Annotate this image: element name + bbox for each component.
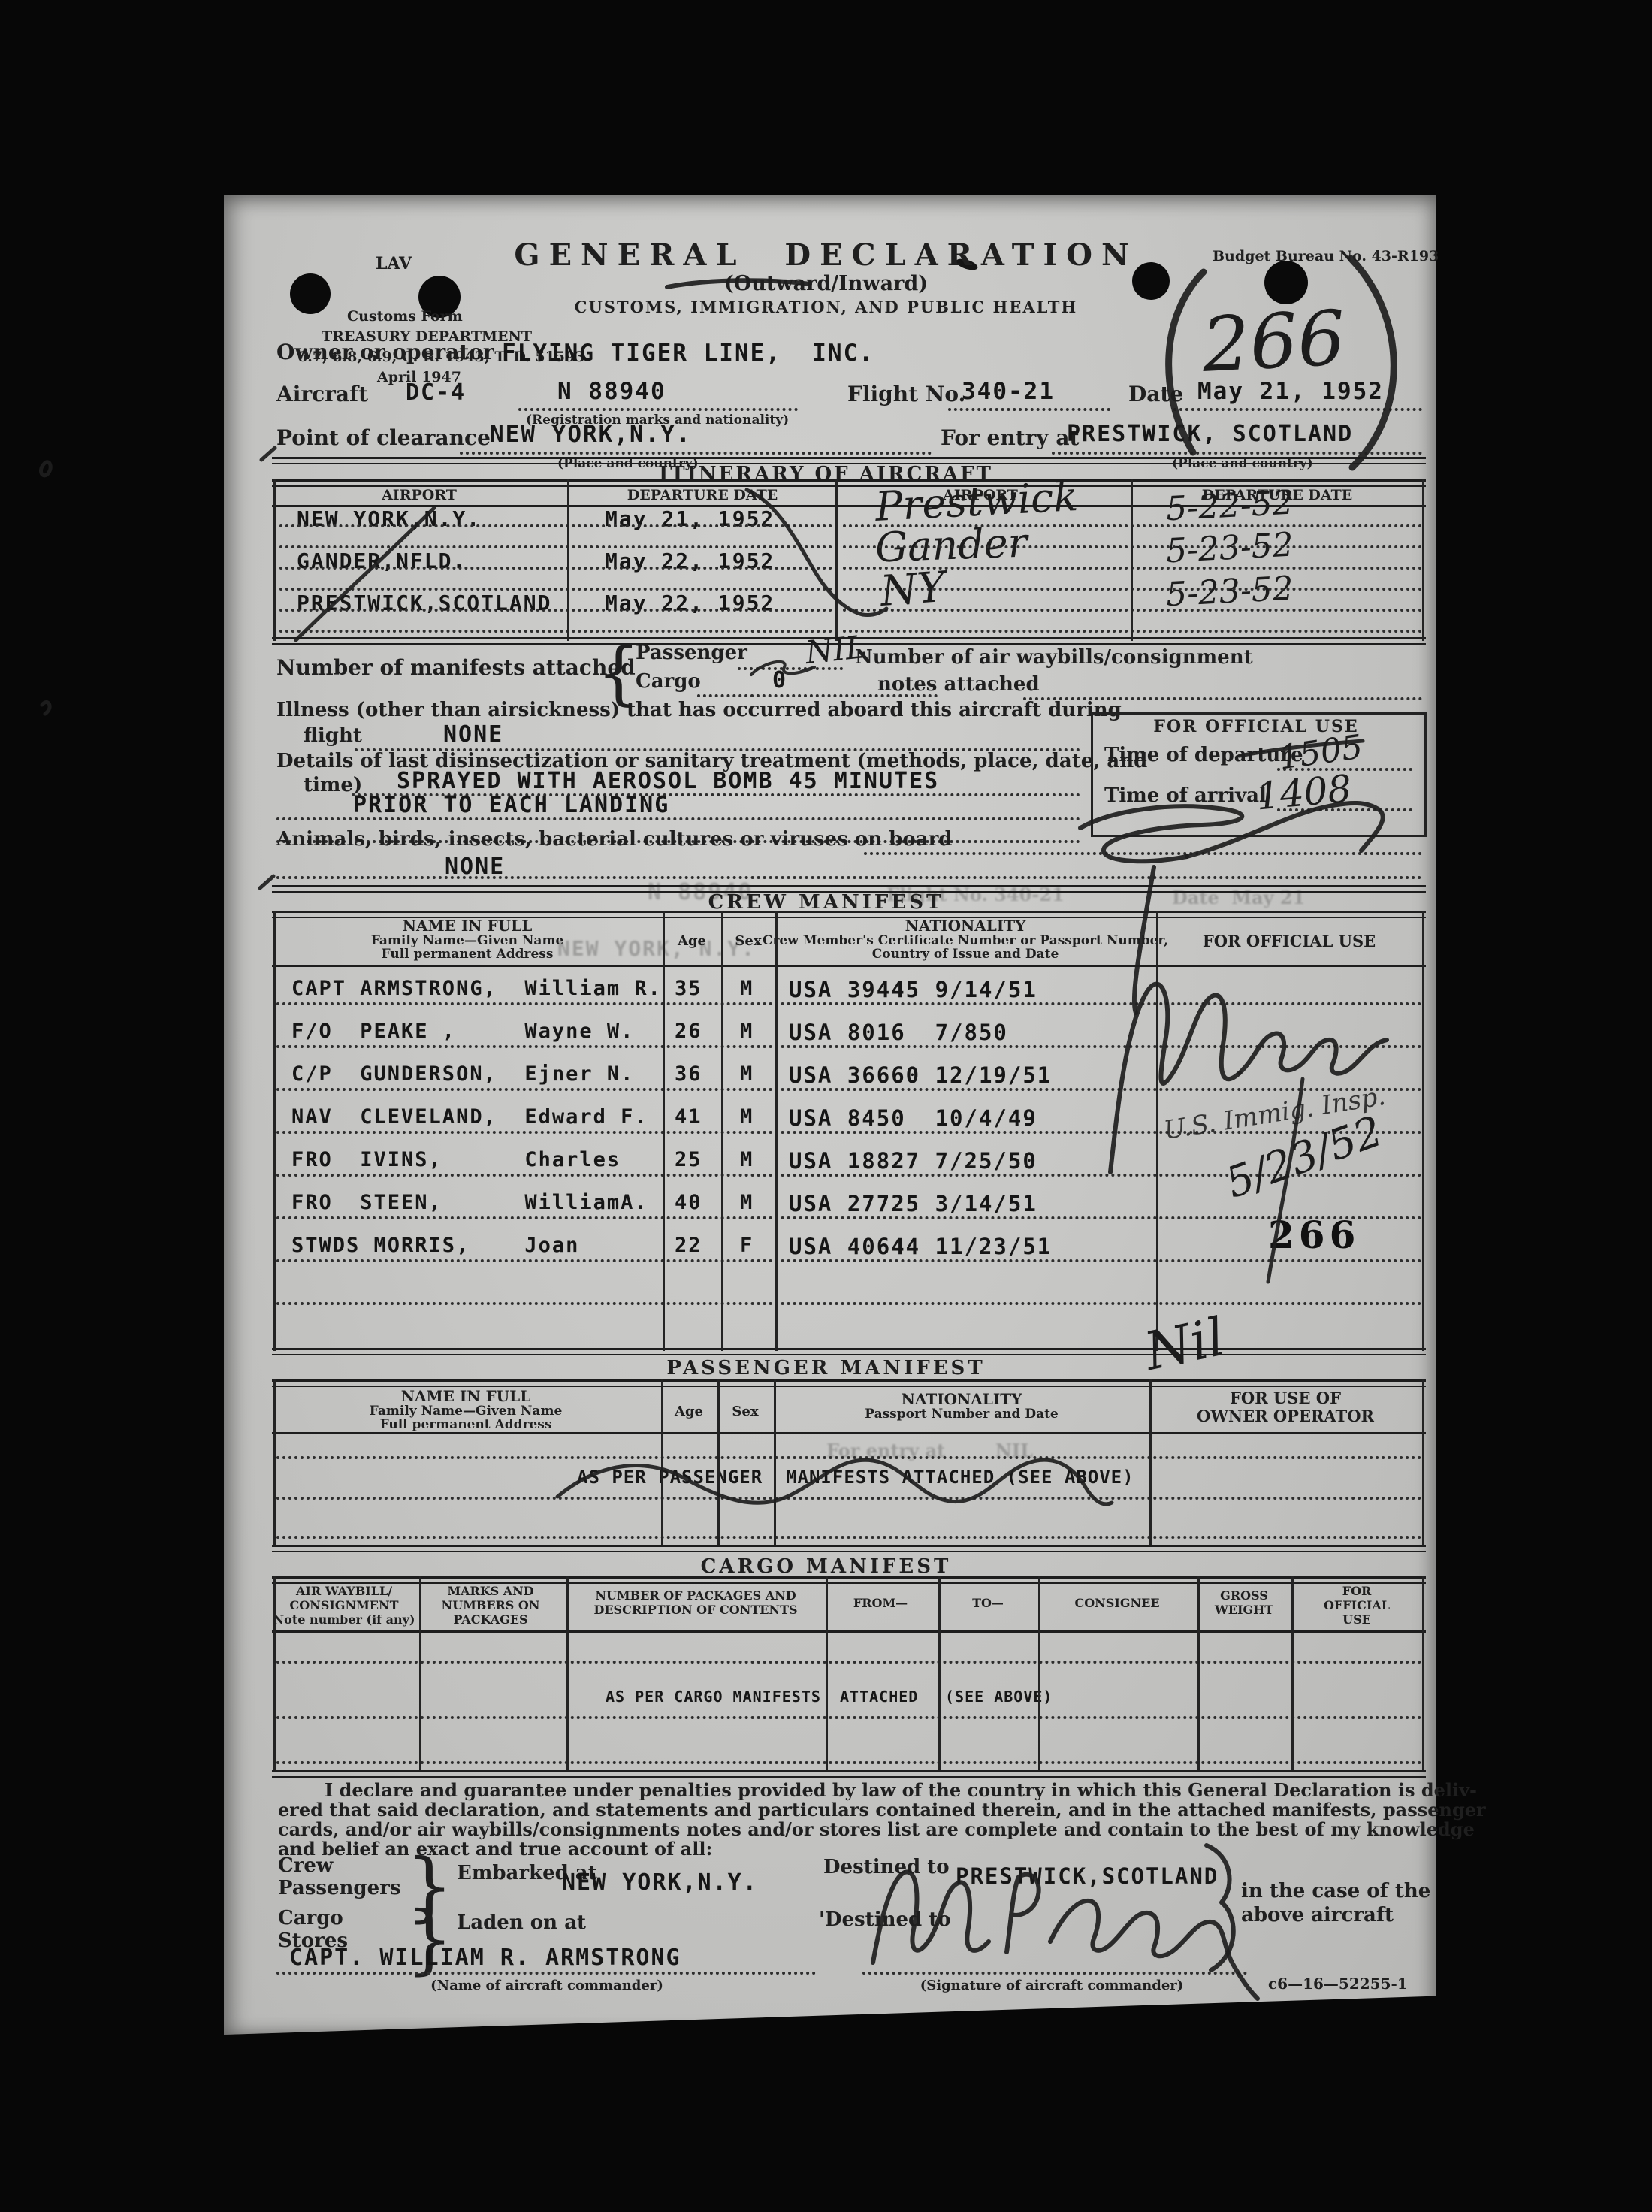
crew-row-name: FRO STEEN, WilliamA. [291,1191,648,1214]
cargo-col-line: FOR [1342,1584,1372,1598]
table-border [1422,479,1424,641]
table-border [273,479,276,641]
crew-col-name-2: Family Name—Given Name [371,933,564,948]
crew-col-nationality-2: Crew Member's Certificate Number or Pass… [763,933,1168,948]
flight-number-label: Flight No. [847,382,965,406]
rule [272,1379,1426,1387]
case-note-2: above aircraft [1241,1904,1394,1926]
crew-row-age: 26 [675,1020,702,1043]
dotted-line [276,1216,1422,1219]
cargo-col-line: DESCRIPTION OF CONTENTS [593,1603,797,1617]
column-divider [774,1379,776,1545]
itinerary-date-hand: 5-23-52 [1165,570,1294,615]
rule [272,1348,1426,1355]
passenger-col-age: Age [675,1404,703,1419]
cargo-col-line: OFFICIAL [1324,1598,1390,1612]
dotted-line [276,1536,1422,1539]
cargo-col-from: FROM— [853,1596,908,1610]
crew-row-age: 35 [675,977,702,1000]
owner-value: FLYING TIGER LINE, INC. [502,340,874,367]
manifests-label: Number of manifests attached [276,655,636,680]
itinerary-date-hand: 5-22-52 [1165,484,1294,529]
passenger-col-owner-1: FOR USE OF [1230,1389,1341,1407]
cargo-manifests-value: 0 [772,667,787,694]
column-divider [1156,911,1158,1351]
column-divider [835,479,838,641]
column-divider [1197,1576,1200,1770]
itinerary-airport: PRESTWICK,SCOTLAND [297,591,551,615]
cargo-col-weight: GROSSWEIGHT [1215,1588,1273,1617]
cargo-col-line: Note number (if any) [273,1612,415,1627]
cargo-col-waybill: AIR WAYBILL/CONSIGNMENTNote number (if a… [273,1584,415,1627]
aircraft-type-value: DC-4 [406,379,466,406]
cargo-col-line: WEIGHT [1215,1603,1273,1617]
declaration-line-1: I declare and guarantee under penalties … [325,1779,1477,1801]
dotted-line [276,1045,1422,1048]
cargo-col-line: PACKAGES [453,1612,527,1627]
print-code: c6—16—52255-1 [1268,1975,1408,1993]
crew-col-sex: Sex [735,933,761,949]
crew-row-sex: M [740,1062,754,1086]
signature-caption: (Signature of aircraft commander) [920,1978,1184,1993]
waybills-label-line1: Number of air waybills/consignment [855,646,1253,669]
crew-row-sex: M [740,1191,754,1214]
cargo-col-line: AIR WAYBILL/ [296,1584,392,1598]
cargo-note-2: ATTACHED [840,1688,918,1706]
crew-row-name: F/O PEAKE , Wayne W. [291,1020,634,1043]
details-value-line2: PRIOR TO EACH LANDING [353,792,669,818]
table-border [1422,1576,1424,1770]
dotted-line [279,545,832,548]
rule [272,1770,1426,1778]
crew-col-age: Age [678,933,706,949]
column-divider [567,479,569,641]
crew-row-name: STWDS MORRIS, Joan [291,1234,579,1257]
column-divider [661,1379,663,1545]
dotted-line [948,408,1110,411]
passenger-manifests-label: Passenger [636,642,747,664]
date-label: Date [1128,382,1183,406]
embarked-value: NEW YORK,N.Y. [562,1869,758,1896]
table-border [1422,911,1424,1351]
cargo-col-packages: NUMBER OF PACKAGES ANDDESCRIPTION OF CON… [593,1588,797,1617]
cargo-col-official: FOROFFICIALUSE [1324,1584,1390,1627]
flight-number-value: 340-21 [962,378,1055,405]
column-divider [938,1576,941,1770]
illness-flight-label: flight [304,724,362,747]
clearance-value: NEW YORK,N.Y. [490,421,692,448]
declaration-line-2: ered that said declaration, and statemen… [278,1799,1486,1821]
owner-label: Owner or operator [276,340,494,364]
cargo-manifests-label: Cargo [636,670,701,693]
passenger-manifest-title: PASSENGER MANIFEST [0,1357,1652,1379]
time-arrival-value: 1408 [1255,767,1354,819]
column-divider [717,1379,720,1545]
passenger-col-nationality-2: Passport Number and Date [865,1407,1059,1422]
details-value-line1: SPRAYED WITH AEROSOL BOMB 45 MINUTES [397,768,939,794]
illness-value: NONE [443,721,503,748]
cargo-col-consignee: CONSIGNEE [1074,1596,1159,1610]
crew-row-age: 40 [675,1191,702,1214]
crew-row-sex: F [740,1234,754,1257]
passenger-col-name-1: NAME IN FULL [401,1387,531,1405]
case-note-1: in the case of the [1241,1880,1430,1902]
crew-row-sex: M [740,977,754,1000]
entry-label: For entry at [941,425,1079,450]
crew-row-age: 22 [675,1234,702,1257]
itinerary-airport: GANDER,NFLD. [297,548,467,573]
dotted-line [276,876,1422,879]
rule [272,1545,1426,1552]
column-divider [1291,1576,1294,1770]
crew-row-sex: M [740,1105,754,1129]
crew-row-cert: USA 36660 12/19/51 [789,1062,1052,1088]
crew-label: Crew [278,1854,333,1877]
cargo-col-line: USE [1342,1612,1371,1627]
crew-row-cert: USA 40644 11/23/51 [789,1234,1052,1259]
ghost-text: NEW YORK, N.Y. [557,936,756,961]
crew-col-nationality-3: Country of Issue and Date [872,947,1059,962]
column-divider [566,1576,569,1770]
rule [272,1432,1426,1437]
cargo-col-line: MARKS AND [447,1584,533,1598]
column-divider [419,1576,421,1770]
form-subtitle2: CUSTOMS, IMMIGRATION, AND PUBLIC HEALTH [0,298,1652,316]
crew-row-name: CAPT ARMSTRONG, William R. [291,977,662,1000]
passenger-col-name-2: Family Name—Given Name [370,1404,563,1419]
column-divider [1131,479,1133,641]
waybills-label-line2: notes attached [877,673,1040,696]
dotted-line [862,1972,1247,1975]
crew-row-name: NAV CLEVELAND, Edward F. [291,1105,648,1129]
dotted-line [276,1002,1422,1005]
cargo-col-line: CONSIGNMENT [289,1598,398,1612]
dotted-line [276,1661,1422,1664]
commander-name: CAPT. WILLIAM R. ARMSTRONG [289,1945,681,1971]
itinerary-airport: NEW YORK,N.Y. [297,506,481,531]
itinerary-col-departure-left: DEPARTURE DATE [627,487,778,503]
dotted-line [276,1456,1422,1459]
dotted-line [1173,408,1422,411]
crew-col-nationality-1: NATIONALITY [905,917,1026,935]
passenger-col-nationality-1: NATIONALITY [902,1390,1022,1408]
date-value: May 21, 1952 [1197,378,1384,405]
table-border [1422,1379,1424,1545]
handwritten-page-number: 266 [1200,294,1348,389]
cargo-col-line: NUMBERS ON [442,1598,540,1612]
crew-col-name-3: Full permanent Address [382,947,554,962]
declaration-line-3: cards, and/or air waybills/consignments … [278,1818,1475,1840]
rule [272,965,1426,969]
form-subtitle: (Outward/Inward) [0,272,1652,295]
passengers-label: Passengers [278,1877,400,1899]
itinerary-col-airport-left: AIRPORT [382,487,457,503]
dotted-line [276,1972,816,1975]
column-divider [1149,1379,1152,1545]
cargo-note-3: (SEE ABOVE) [945,1688,1053,1706]
crew-row-cert: USA 27725 3/14/51 [789,1191,1037,1216]
commander-caption: (Name of aircraft commander) [430,1978,663,1993]
dotted-line [279,567,832,570]
column-divider [1038,1576,1040,1770]
destined-label-2: 'Destined to [819,1908,951,1931]
clearance-label: Point of clearance [276,425,491,450]
column-divider [721,911,723,1351]
dotted-line [276,1302,1422,1305]
dotted-line [279,630,832,633]
dotted-line [518,408,798,411]
cargo-manifest-title: CARGO MANIFEST [0,1555,1652,1578]
crew-row-age: 41 [675,1105,702,1129]
stamp-number: 266 [1268,1213,1360,1257]
cargo-label: Cargo [278,1907,343,1929]
cargo-note-1: AS PER CARGO MANIFESTS [606,1688,821,1706]
destined-value: PRESTWICK,SCOTLAND [956,1863,1219,1889]
dotted-line [276,1088,1422,1091]
table-border [273,911,276,1351]
crew-col-name-1: NAME IN FULL [403,917,533,935]
cargo-col-to: TO— [972,1596,1004,1610]
aircraft-label: Aircraft [276,382,368,406]
crew-row-cert: USA 8016 7/850 [789,1020,1008,1045]
table-border [273,1379,276,1545]
cargo-col-marks: MARKS ANDNUMBERS ONPACKAGES [442,1584,540,1627]
rule [272,1630,1426,1635]
dotted-line [276,1761,1422,1764]
crew-col-official: FOR OFFICIAL USE [1203,932,1376,950]
cargo-col-line: GROSS [1220,1588,1268,1603]
dotted-line [279,609,832,612]
crew-row-cert: USA 39445 9/14/51 [789,977,1037,1002]
dotted-line [276,1716,1422,1719]
time-departure-label: Time of departure [1104,744,1303,766]
passenger-col-owner-2: OWNER OPERATOR [1197,1407,1374,1425]
passenger-col-name-3: Full permanent Address [380,1417,552,1432]
film-mark [42,703,50,714]
dotted-line [276,1259,1422,1262]
table-border [273,1576,276,1770]
itinerary-date: May 21, 1952 [605,506,775,531]
crew-row-name: FRO IVINS, Charles [291,1148,621,1171]
itinerary-date: May 22, 1952 [605,548,775,573]
crew-row-cert: USA 18827 7/25/50 [789,1148,1037,1174]
column-divider [663,911,665,1351]
column-divider [826,1576,828,1770]
crew-row-age: 36 [675,1062,702,1086]
illness-label: Illness (other than airsickness) that ha… [276,699,1122,721]
column-divider [775,911,778,1351]
dotted-line [276,1497,1422,1500]
animals-label: Animals, birds, insects, bacterial cultu… [276,828,952,851]
laden-label: Laden on at [457,1911,586,1934]
crew-row-name: C/P GUNDERSON, Ejner N. [291,1062,634,1086]
dotted-line [864,852,1422,855]
cargo-col-line: NUMBER OF PACKAGES AND [595,1588,796,1603]
budget-bureau-number: Budget Bureau No. 43-R193 [1213,248,1439,264]
time-arrival-label: Time of arrival [1104,784,1267,807]
crew-row-sex: M [740,1148,754,1171]
dotted-line [1052,452,1422,455]
dotted-line [460,452,932,455]
passenger-col-sex: Sex [732,1404,758,1419]
itinerary-date: May 22, 1952 [605,591,775,615]
registration-value: N 88940 [557,378,666,405]
dotted-line [279,524,832,527]
scanned-document-page: N 88940 Flight No. 340-21 Date May 21 NE… [0,0,1652,2212]
destined-label-1: Destined to [823,1856,950,1878]
dotted-line [279,588,832,591]
crew-row-sex: M [740,1020,754,1043]
rule [272,1576,1426,1584]
declaration-line-4: and belief an exact and true account of … [278,1838,712,1860]
entry-value: PRESTWICK, SCOTLAND [1067,421,1353,447]
crew-row-age: 25 [675,1148,702,1171]
crew-row-cert: USA 8450 10/4/49 [789,1105,1037,1131]
